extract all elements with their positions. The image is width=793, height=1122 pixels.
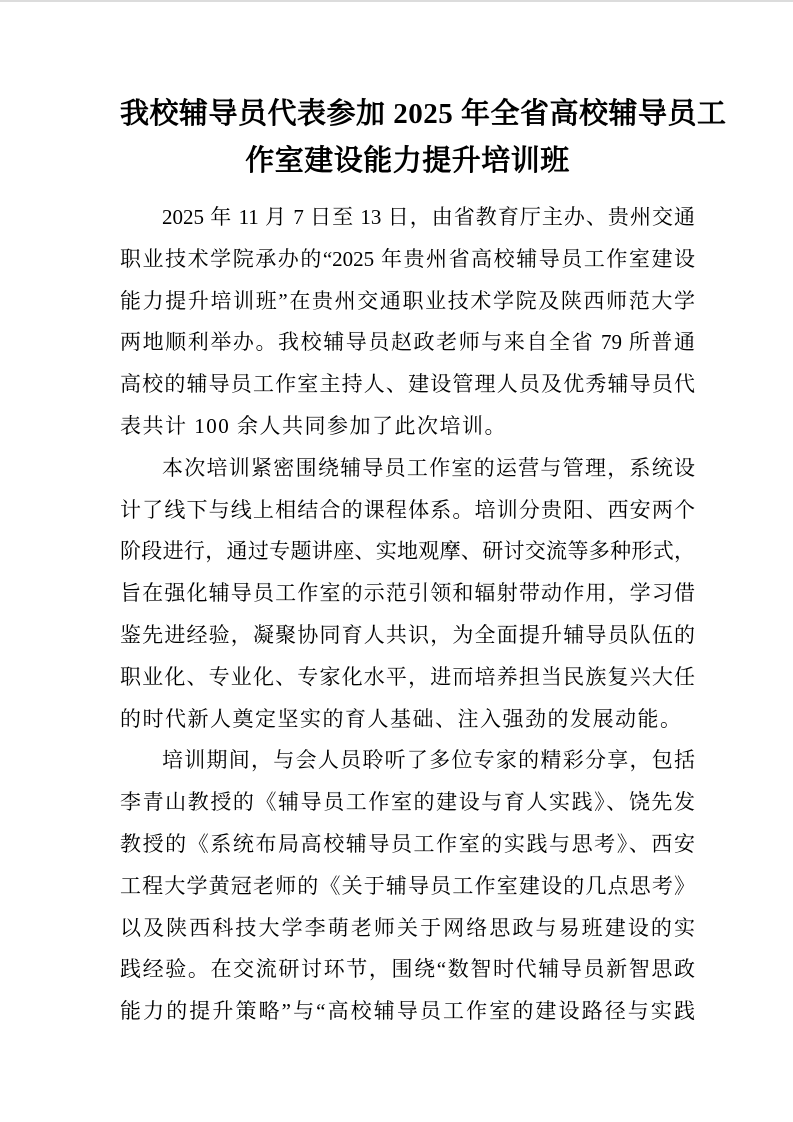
text-line: 工程大学黄冠老师的《关于辅导员工作室建设的几点思考》 bbox=[120, 866, 695, 908]
text-line: 2025 年 11 月 7 日至 13 日，由省教育厅主办、贵州交通 bbox=[120, 197, 695, 239]
text-line: 鉴先进经验，凝聚协同育人共识，为全面提升辅导员队伍的 bbox=[120, 615, 695, 657]
text-line: 李青山教授的《辅导员工作室的建设与育人实践》、饶先发 bbox=[120, 782, 695, 824]
text-line: 阶段进行，通过专题讲座、实地观摩、研讨交流等多种形式， bbox=[120, 531, 695, 573]
text-line: 计了线下与线上相结合的课程体系。培训分贵阳、西安两个 bbox=[120, 490, 695, 532]
text-line: 的时代新人奠定坚实的育人基础、注入强劲的发展动能。 bbox=[120, 699, 695, 741]
text-line: 旨在强化辅导员工作室的示范引领和辐射带动作用，学习借 bbox=[120, 573, 695, 615]
document-body: 2025 年 11 月 7 日至 13 日，由省教育厅主办、贵州交通 职业技术学… bbox=[120, 197, 695, 1033]
paragraph-2: 本次培训紧密围绕辅导员工作室的运营与管理，系统设 计了线下与线上相结合的课程体系… bbox=[120, 448, 695, 741]
document-title: 我校辅导员代表参加 2025 年全省高校辅导员工 作室建设能力提升培训班 bbox=[120, 91, 695, 185]
title-line-1: 我校辅导员代表参加 2025 年全省高校辅导员工 bbox=[120, 91, 695, 138]
text-line: 培训期间，与会人员聆听了多位专家的精彩分享，包括 bbox=[120, 740, 695, 782]
title-line-2: 作室建设能力提升培训班 bbox=[120, 138, 695, 185]
text-line: 高校的辅导员工作室主持人、建设管理人员及优秀辅导员代 bbox=[120, 364, 695, 406]
text-line: 本次培训紧密围绕辅导员工作室的运营与管理，系统设 bbox=[120, 448, 695, 490]
text-line: 职业化、专业化、专家化水平，进而培养担当民族复兴大任 bbox=[120, 657, 695, 699]
document-content: 我校辅导员代表参加 2025 年全省高校辅导员工 作室建设能力提升培训班 202… bbox=[120, 91, 695, 1033]
text-line: 表共计 100 余人共同参加了此次培训。 bbox=[120, 406, 695, 448]
text-line: 两地顺利举办。我校辅导员赵政老师与来自全省 79 所普通 bbox=[120, 322, 695, 364]
paragraph-3: 培训期间，与会人员聆听了多位专家的精彩分享，包括 李青山教授的《辅导员工作室的建… bbox=[120, 740, 695, 1033]
page-top-edge-line bbox=[0, 0, 793, 2]
text-line: 践经验。在交流研讨环节，围绕“数智时代辅导员新智思政 bbox=[120, 949, 695, 991]
text-line: 职业技术学院承办的“2025 年贵州省高校辅导员工作室建设 bbox=[120, 239, 695, 281]
text-line: 教授的《系统布局高校辅导员工作室的实践与思考》、西安 bbox=[120, 824, 695, 866]
text-line: 能力提升培训班”在贵州交通职业技术学院及陕西师范大学 bbox=[120, 281, 695, 323]
document-page: 我校辅导员代表参加 2025 年全省高校辅导员工 作室建设能力提升培训班 202… bbox=[0, 0, 793, 1122]
paragraph-1: 2025 年 11 月 7 日至 13 日，由省教育厅主办、贵州交通 职业技术学… bbox=[120, 197, 695, 448]
text-line: 以及陕西科技大学李萌老师关于网络思政与易班建设的实 bbox=[120, 908, 695, 950]
text-line: 能力的提升策略”与“高校辅导员工作室的建设路径与实践 bbox=[120, 991, 695, 1033]
